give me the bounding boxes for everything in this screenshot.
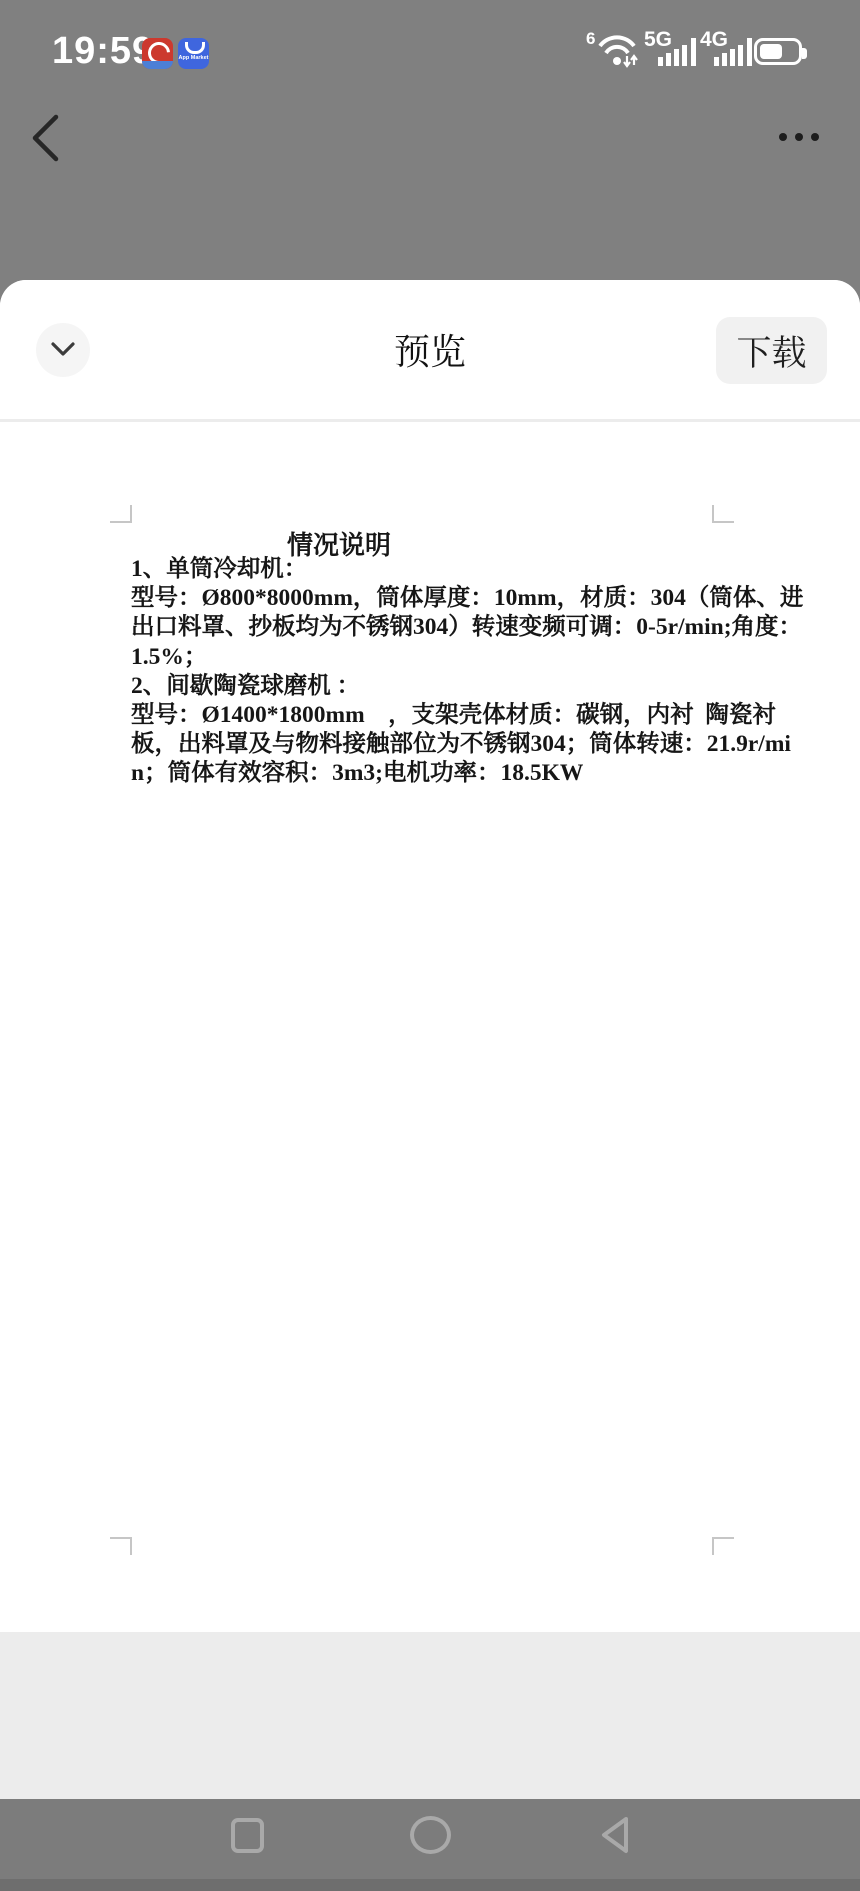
document-preview-page[interactable]: 情况说明 1、单筒冷却机： 型号：Ø800*8000mm，筒体厚度：10mm，材… bbox=[0, 422, 860, 1632]
signal-bars-5g-icon bbox=[658, 38, 696, 66]
battery-nub bbox=[802, 48, 807, 59]
page-corner-mark-bottom-left bbox=[110, 1537, 132, 1555]
battery-icon bbox=[754, 38, 802, 65]
call-app-banner bbox=[142, 61, 173, 69]
document-line: 型号：Ø1400*1800mm ，支架壳体材质：碳钢，内衬 陶瓷衬 bbox=[131, 701, 803, 730]
home-circle-icon[interactable] bbox=[410, 1816, 451, 1854]
app-market-label: App Market bbox=[178, 55, 209, 61]
back-chevron-icon bbox=[26, 112, 64, 164]
call-app-notification-icon bbox=[142, 38, 173, 69]
page-corner-mark-bottom-right bbox=[712, 1537, 734, 1555]
document-line: 型号：Ø800*8000mm，筒体厚度：10mm，材质：304（筒体、进 bbox=[131, 584, 803, 613]
back-triangle-icon[interactable] bbox=[592, 1811, 640, 1859]
document-line: 出口料罩、抄板均为不锈钢304）转速变频可调：0-5r/min;角度： bbox=[131, 613, 803, 642]
preview-sheet: 预览 下载 情况说明 1、单筒冷却机： 型号：Ø800*8000mm，筒体厚度：… bbox=[0, 280, 860, 1799]
more-options-dot bbox=[811, 133, 819, 141]
preview-sheet-header: 预览 下载 bbox=[0, 280, 860, 422]
back-button[interactable] bbox=[26, 112, 64, 164]
document-line: 1、单筒冷却机： bbox=[131, 555, 803, 584]
battery-fill-level bbox=[760, 44, 782, 59]
status-time: 19:59 bbox=[52, 30, 154, 73]
page-corner-mark-top-left bbox=[110, 505, 132, 523]
sheet-footer-area bbox=[0, 1632, 860, 1799]
svg-text:6: 6 bbox=[586, 29, 595, 48]
download-button[interactable]: 下载 bbox=[716, 317, 827, 384]
document-line: 板，出料罩及与物料接触部位为不锈钢304；筒体转速：21.9r/mi bbox=[131, 730, 803, 759]
more-options-button[interactable] bbox=[779, 133, 819, 141]
app-market-logo bbox=[185, 42, 205, 54]
more-options-dot bbox=[795, 133, 803, 141]
cellular-signal-4g: 4G bbox=[700, 28, 752, 68]
signal-bars-4g-icon bbox=[714, 38, 752, 66]
screen-bottom-edge bbox=[0, 1879, 860, 1891]
recents-square-icon[interactable] bbox=[231, 1818, 264, 1853]
document-body: 1、单筒冷却机： 型号：Ø800*8000mm，筒体厚度：10mm，材质：304… bbox=[131, 555, 803, 789]
app-market-notification-icon: App Market bbox=[178, 38, 209, 69]
cellular-signal-5g: 5G bbox=[644, 28, 696, 68]
wifi-icon: 6 bbox=[586, 28, 640, 75]
document-line: 2、间歇陶瓷球磨机 ： bbox=[131, 672, 803, 701]
page-corner-mark-top-right bbox=[712, 505, 734, 523]
document-line: n；筒体有效容积：3m3;电机功率：18.5KW bbox=[131, 759, 803, 788]
android-navigation-bar bbox=[0, 1799, 860, 1891]
document-line: 1.5%； bbox=[131, 643, 803, 672]
more-options-dot bbox=[779, 133, 787, 141]
